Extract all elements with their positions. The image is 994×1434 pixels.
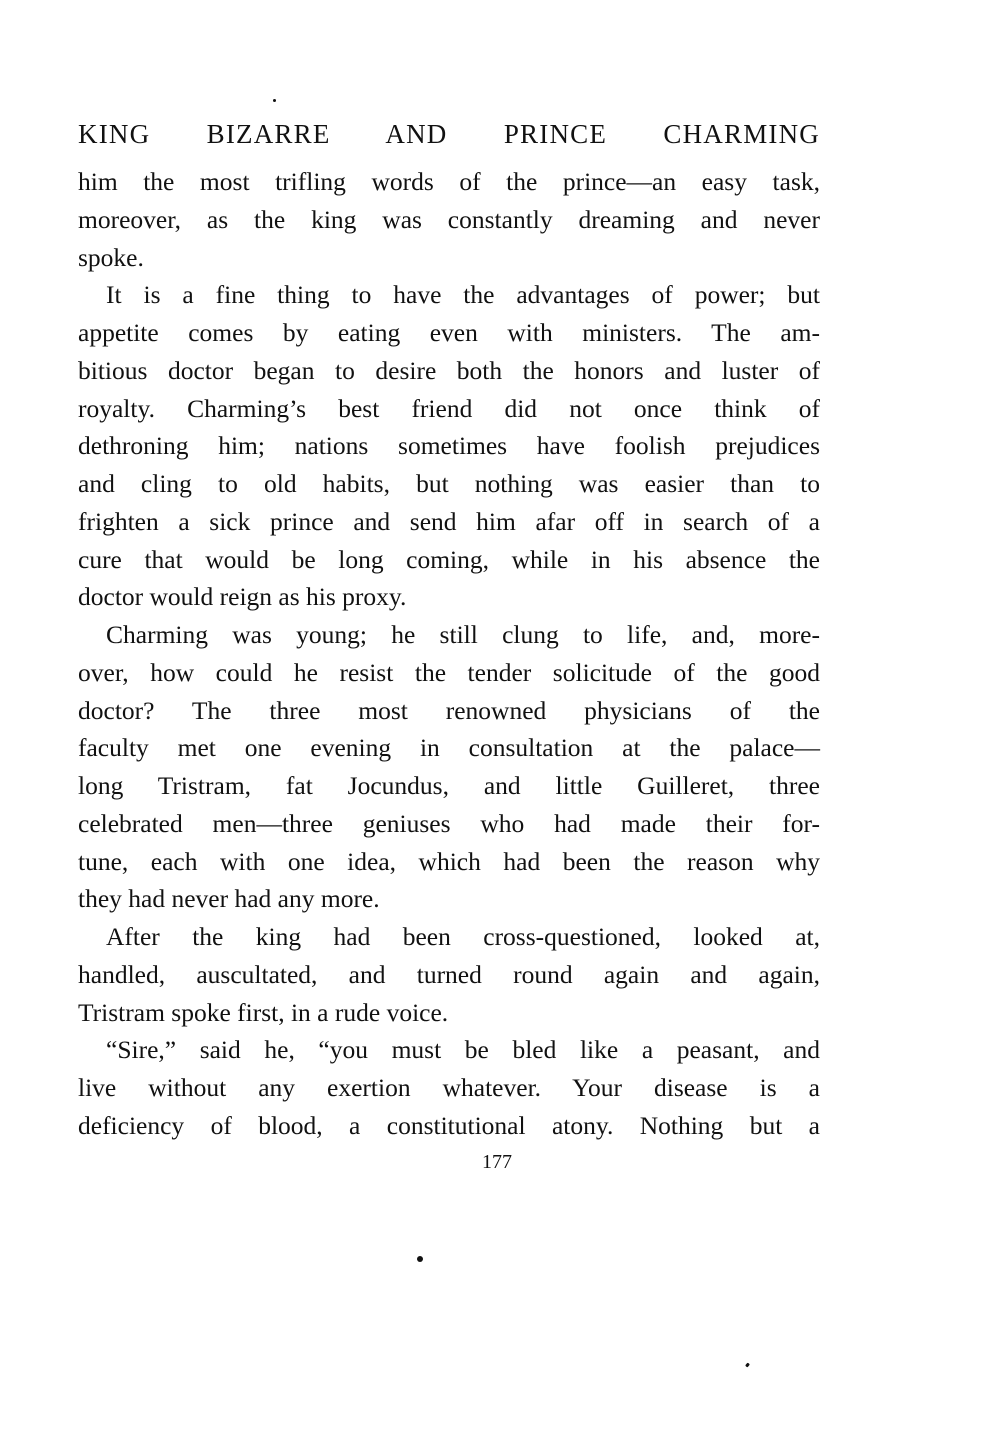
- text-line: handled, auscultated, and turned round a…: [78, 956, 820, 994]
- text-line: over, how could he resist the tender sol…: [78, 654, 820, 692]
- text-line: celebrated men—three geniuses who had ma…: [78, 805, 820, 843]
- text-line: deficiency of blood, a constitutional at…: [78, 1107, 820, 1145]
- text-line: dethroning him; nations sometimes have f…: [78, 427, 820, 465]
- text-line: and cling to old habits, but nothing was…: [78, 465, 820, 503]
- text-line: It is a fine thing to have the advantage…: [78, 276, 820, 314]
- paragraph: It is a fine thing to have the advantage…: [78, 276, 820, 616]
- paragraph: him the most trifling words of the princ…: [78, 163, 820, 276]
- paragraph: Charming was young; he still clung to li…: [78, 616, 820, 918]
- text-line: cure that would be long coming, while in…: [78, 541, 820, 579]
- book-page: KING BIZARRE AND PRINCE CHARMING him the…: [0, 0, 994, 1434]
- text-line: royalty. Charming’s best friend did not …: [78, 390, 820, 428]
- text-line: spoke.: [78, 239, 820, 277]
- text-line: him the most trifling words of the princ…: [78, 163, 820, 201]
- text-line: Charming was young; he still clung to li…: [78, 616, 820, 654]
- text-line: “Sire,” said he, “you must be bled like …: [78, 1031, 820, 1069]
- scan-speck-bottom-right: [745, 1363, 750, 1368]
- body-text: him the most trifling words of the princ…: [78, 163, 820, 1145]
- text-line: doctor would reign as his proxy.: [78, 578, 820, 616]
- page-number: 177: [0, 1151, 994, 1174]
- text-line: appetite comes by eating even with minis…: [78, 314, 820, 352]
- scan-speck-bottom: [417, 1256, 423, 1262]
- paragraph: After the king had been cross-questioned…: [78, 918, 820, 1031]
- text-line: tune, each with one idea, which had been…: [78, 843, 820, 881]
- text-line: long Tristram, fat Jocundus, and little …: [78, 767, 820, 805]
- running-head: KING BIZARRE AND PRINCE CHARMING: [78, 116, 820, 152]
- text-line: live without any exertion whatever. Your…: [78, 1069, 820, 1107]
- text-line: faculty met one evening in consultation …: [78, 729, 820, 767]
- text-line: they had never had any more.: [78, 880, 820, 918]
- paragraph: “Sire,” said he, “you must be bled like …: [78, 1031, 820, 1144]
- text-line: Tristram spoke first, in a rude voice.: [78, 994, 820, 1032]
- text-line: bitious doctor began to desire both the …: [78, 352, 820, 390]
- text-line: frighten a sick prince and send him afar…: [78, 503, 820, 541]
- scan-speck-top: [273, 99, 276, 102]
- text-line: After the king had been cross-questioned…: [78, 918, 820, 956]
- text-line: moreover, as the king was constantly dre…: [78, 201, 820, 239]
- text-line: doctor? The three most renowned physicia…: [78, 692, 820, 730]
